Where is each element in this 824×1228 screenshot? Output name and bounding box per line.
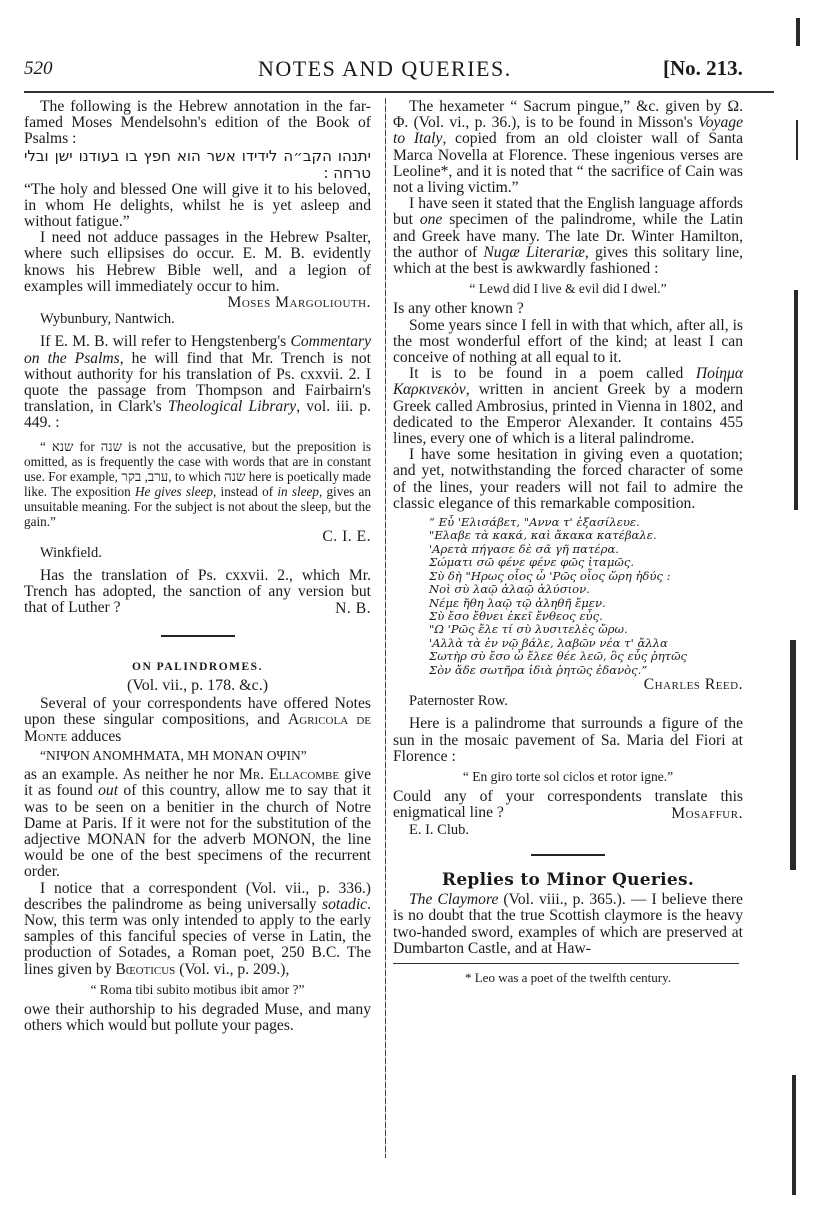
verse-line: Σὸν ἄδε σωτῆρα ἰδιὰ ῥητῶς ἐδανὸς.”	[429, 664, 743, 677]
paragraph: I have some hesitation in giving even a …	[393, 447, 743, 512]
column-divider	[385, 98, 386, 1158]
section-reference: (Vol. vii., p. 178. &c.)	[24, 678, 371, 694]
signature: Moses Margoliouth.	[24, 295, 371, 311]
verse-line: Νοὶ σὺ λαῷ ἀλαῷ ἀλύσιον.	[429, 583, 743, 596]
footnote: * Leo was a poet of the twelfth century.	[393, 970, 743, 986]
section-rule	[531, 854, 605, 856]
verse-line: 'Αρετὰ πήγασε δὲ σᾶ γῆ πατέρα.	[429, 543, 743, 556]
paragraph: I have seen it stated that the English l…	[393, 196, 743, 277]
paragraph: “The holy and blessed One will give it t…	[24, 182, 371, 231]
page-number: 520	[24, 58, 53, 80]
signature: C. I. E.	[24, 529, 371, 545]
paragraph: I need not adduce passages in the Hebrew…	[24, 230, 371, 295]
page-edge-shadow	[796, 18, 800, 46]
place-line: Paternoster Row.	[393, 693, 743, 709]
paragraph: The following is the Hebrew annotation i…	[24, 99, 371, 148]
header-rule	[24, 91, 774, 93]
place-line: E. I. Club.	[393, 822, 743, 838]
verse-line: Σωτὴρ σὺ ἔσο ὦ ἔλεε θέε λεῶ, ὃς εὖς ῥητῶ…	[429, 650, 743, 663]
left-column: The following is the Hebrew annotation i…	[24, 99, 371, 1034]
section-rule	[161, 635, 235, 637]
greek-verse: “ Εὖ 'Ελισάβετ, "Αννα τ' ἐξασίλευε. "Ελα…	[393, 516, 743, 677]
journal-title: NOTES AND QUERIES.	[258, 56, 512, 82]
verse-line: Νέμε ἤθη λαῷ τῷ ἀληθῆ ἔμεν.	[429, 597, 743, 610]
right-column: The hexameter “ Sacrum pingue,” &c. give…	[393, 99, 743, 986]
english-quote: “ Lewd did I live & evil did I dwel.”	[393, 281, 743, 297]
page-edge-shadow	[796, 120, 798, 160]
paragraph: I notice that a correspondent (Vol. vii.…	[24, 881, 371, 978]
page-edge-shadow	[792, 1075, 796, 1195]
paragraph: The Claymore (Vol. viii., p. 365.). — I …	[393, 892, 743, 957]
verse-line: "Ω 'Ρῶς ἔλε τί σὺ λυσιτελὲς ὤρω.	[429, 623, 743, 636]
signature: Charles Reed.	[393, 677, 743, 693]
paragraph: Some years since I fell in with that whi…	[393, 318, 743, 367]
paragraph: owe their authorship to his degraded Mus…	[24, 1002, 371, 1034]
verse-line: Σὺ δὴ "Ηρως οἷος ὦ 'Ρῶς οἷος ὥρη ἡδύς :	[429, 570, 743, 583]
page-edge-shadow	[794, 290, 798, 510]
latin-quote: “ En giro torte sol ciclos et rotor igne…	[393, 769, 743, 785]
paragraph: It is to be found in a poem called Ποίημ…	[393, 366, 743, 447]
issue-number: [No. 213.	[663, 56, 743, 81]
verse-line: “ Εὖ 'Ελισάβετ, "Αννα τ' ἐξασίλευε.	[429, 516, 743, 529]
latin-quote: “ Roma tibi subito motibus ibit amor ?”	[24, 982, 371, 998]
paragraph: Several of your correspondents have offe…	[24, 696, 371, 745]
verse-line: 'Αλλὰ τὰ ἐν νῷ βάλε, λαβῶν νέα τ' ἄλλα	[429, 637, 743, 650]
document-page: 520 NOTES AND QUERIES. [No. 213. The fol…	[0, 0, 824, 1228]
paragraph: If E. M. B. will refer to Hengstenberg's…	[24, 334, 371, 431]
paragraph: Is any other known ?	[393, 301, 743, 317]
footnote-rule	[393, 963, 739, 964]
paragraph: Here is a palindrome that surrounds a fi…	[393, 716, 743, 765]
block-quote: “ שנא for שנה is not the accusative, but…	[24, 439, 371, 529]
verse-line: Σώματι σῶ φένε φένε φῶς ἰταμῶς.	[429, 556, 743, 569]
verse-line: "Ελαβε τὰ κακά, καὶ ἄκακα κατέβαλε.	[429, 529, 743, 542]
hebrew-annotation: יתנהו הקב״ה לידידו אשר הוא חפץ בו בעודנו…	[24, 148, 371, 182]
verse-line: Σὺ ἔσο ἔθνει ἐκεῖ ἔνθεος εὖς.	[429, 610, 743, 623]
greek-quote: “ΝΙΨΟΝ ΑΝΟΜΗΜΑΤΑ, ΜΗ ΜΟΝΑΝ ΟΨΙΝ”	[24, 748, 371, 764]
section-title: Replies to Minor Queries.	[393, 872, 743, 888]
place-line: Wybunbury, Nantwich.	[24, 311, 371, 327]
paragraph: The hexameter “ Sacrum pingue,” &c. give…	[393, 99, 743, 196]
page-edge-shadow	[790, 640, 796, 870]
section-title: ON PALINDROMES.	[24, 659, 371, 675]
place-line: Winkfield.	[24, 545, 371, 561]
paragraph: as an example. As neither he nor Mr. Ell…	[24, 767, 371, 880]
